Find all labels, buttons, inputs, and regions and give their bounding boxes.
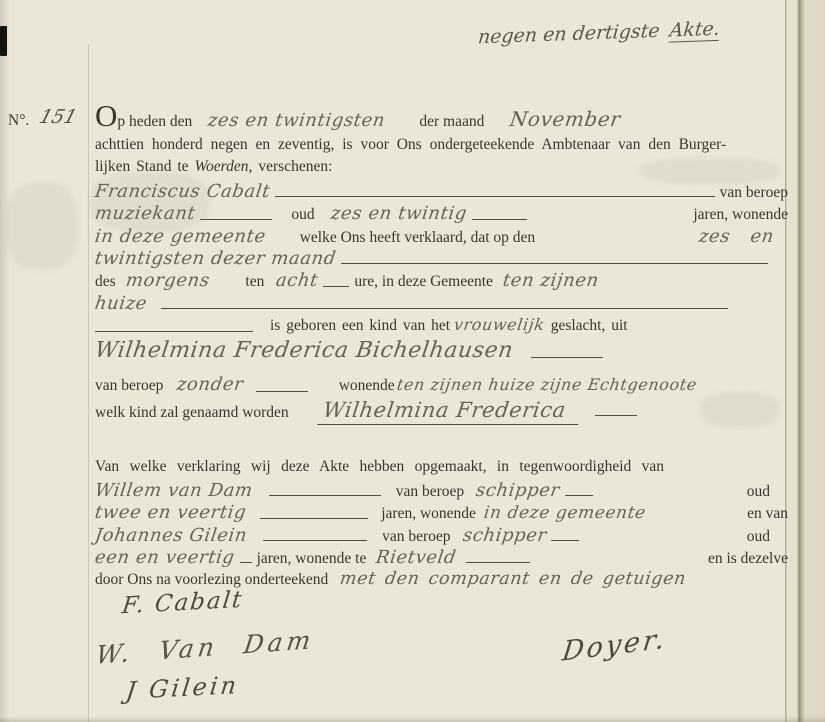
printed-text: oud — [291, 206, 314, 224]
page-bottom-shade — [0, 716, 825, 722]
blank-line-rule — [263, 538, 367, 541]
handwritten-entry: in deze gemeente — [94, 226, 268, 247]
printed-text: wonende — [339, 377, 395, 395]
printed-text: ten — [245, 273, 264, 291]
printed-text: jaren, wonende — [693, 206, 788, 224]
blank-line-rule — [275, 194, 714, 197]
bleed-through-smudge — [6, 182, 78, 270]
printed-text: ure, in deze Gemeente — [354, 273, 493, 291]
act-number: 151 — [37, 106, 80, 128]
handwritten-entry: zonder — [176, 374, 245, 395]
document-line: huize — [95, 293, 788, 315]
printed-text: verschenen: — [258, 158, 332, 176]
blank-line-rule — [95, 329, 253, 332]
blank-line-rule — [240, 560, 252, 563]
signature-registrar: Doyer. — [560, 623, 669, 668]
handwritten-entry: schipper — [461, 525, 548, 546]
printed-text: p heden den — [117, 113, 192, 131]
signature-comparant: F. Cabalt — [120, 587, 244, 620]
document-line: is geboren een kind van het vrouwelijk g… — [95, 315, 788, 337]
printed-text: lijken Stand te — [95, 158, 189, 176]
handwritten-entry: Wilhelmina Frederica Bichelhausen — [93, 338, 515, 363]
printed-text: van beroep — [720, 184, 788, 202]
signature-witness-2: J Gilein — [124, 671, 240, 705]
handwritten-entry: morgens — [124, 270, 211, 291]
blank-line-rule — [565, 493, 593, 496]
page-right-edge — [785, 0, 825, 722]
handwritten-entry: Franciscus Cabalt — [94, 181, 272, 202]
signature-witness-1: W. Van Dam — [94, 625, 316, 670]
printed-text: en van — [747, 505, 788, 523]
handwritten-entry: schipper — [475, 480, 562, 501]
printed-text: van beroep — [95, 377, 163, 395]
document-line: Op heden den zes en twintigsten der maan… — [95, 106, 788, 136]
printed-text: des — [95, 273, 116, 291]
act-number-label: N°. — [8, 112, 29, 130]
printed-text: der maand — [419, 113, 484, 131]
blank-line-rule — [200, 217, 272, 220]
printed-text: van beroep — [396, 483, 464, 501]
binding-edge-mark — [0, 26, 7, 56]
blank-line-rule — [269, 493, 381, 496]
blank-line-rule — [256, 389, 308, 392]
margin-rule-line — [88, 44, 89, 722]
document-line: welk kind zal genaamd worden Wilhelmina … — [95, 398, 788, 422]
handwritten-entry: Rietveld — [375, 547, 458, 568]
handwritten-entry: Johannes Gilein — [94, 525, 249, 546]
blank-line-rule — [260, 516, 368, 519]
document-line: een en veertig jaren, wonende te Rietvel… — [95, 547, 788, 569]
handwritten-entry: ten zijnen — [501, 270, 600, 291]
printed-text: geslacht, uit — [551, 317, 628, 335]
handwritten-entry: Willem van Dam — [94, 480, 255, 501]
blank-line-rule — [161, 306, 728, 309]
annotation-abbreviation: Akte. — [668, 18, 721, 43]
document-line: twintigsten dezer maand — [95, 248, 788, 270]
document-line: achttien honderd negen en zeventig, is v… — [95, 136, 788, 158]
printed-text: door Ons na voorlezing onderteekend — [95, 571, 328, 589]
blank-line-rule — [341, 261, 768, 264]
document-line: in deze gemeente welke Ons heeft verklaa… — [95, 226, 788, 248]
document-line: Van welke verklaring wij deze Akte hebbe… — [95, 458, 788, 480]
blank-line-rule — [531, 355, 603, 358]
document-line: Wilhelmina Frederica Bichelhausen — [95, 338, 788, 364]
printed-initial: O — [95, 106, 117, 126]
document-line: lijken Stand te Woerden, verschenen: — [95, 158, 788, 180]
annotation-text: negen en dertigste — [477, 20, 661, 48]
handwritten-entry: met den comparant en de getuigen — [339, 569, 688, 589]
printed-place-name: Woerden, — [195, 158, 253, 176]
printed-text: jaren, wonende te — [257, 550, 367, 568]
handwritten-entry: vrouwelijk — [453, 315, 546, 334]
blank-line-rule — [323, 284, 349, 287]
printed-text: is geboren een kind van het — [270, 317, 450, 335]
printed-text: oud — [747, 528, 770, 546]
printed-text: Van welke verklaring wij deze Akte hebbe… — [95, 458, 664, 476]
document-line: Franciscus Cabalt van beroep — [95, 181, 788, 203]
printed-text: jaren, wonende — [381, 505, 476, 523]
page-left-shade — [0, 0, 10, 722]
handwritten-entry: zes en — [698, 226, 776, 247]
handwritten-entry: zes en twintig — [329, 203, 468, 224]
document-line: van beroep zonder wonende ten zijnen hui… — [95, 374, 788, 398]
handwritten-entry: in deze gemeente — [483, 503, 648, 523]
document-line: des morgens ten acht ure, in deze Gemeen… — [95, 270, 788, 292]
document-body: Op heden den zes en twintigsten der maan… — [95, 106, 788, 592]
handwritten-entry: zes en twintigsten — [207, 110, 387, 131]
handwritten-entry: Wilhelmina Frederica — [317, 398, 581, 425]
blank-line-rule — [472, 217, 527, 220]
document-line: Willem van Dam van beroep schipper oud — [95, 480, 788, 502]
blank-line-rule — [466, 560, 530, 563]
printed-text: welke Ons heeft verklaard, dat op den — [300, 229, 535, 247]
printed-text: welk kind zal genaamd worden — [95, 404, 289, 422]
handwritten-entry: een en veertig — [94, 547, 237, 568]
printed-text: van beroep — [382, 528, 450, 546]
printed-text: oud — [747, 483, 770, 501]
document-line: Johannes Gilein van beroep schipper oud — [95, 525, 788, 547]
handwritten-entry: twee en veertig — [94, 502, 248, 523]
printed-text: achttien honderd negen en zeventig, is v… — [95, 136, 726, 154]
handwritten-entry: twintigsten dezer maand — [94, 248, 338, 269]
handwritten-entry: November — [509, 107, 623, 131]
page-annotation: negen en dertigsteAkte. — [477, 18, 721, 49]
document-line: muziekant oud zes en twintig jaren, wone… — [95, 203, 788, 225]
blank-line-rule — [595, 413, 637, 416]
printed-text: en is dezelve — [708, 550, 788, 568]
handwritten-entry: acht — [275, 270, 320, 291]
handwritten-entry: ten zijnen huize zijne Echtgenoote — [395, 375, 698, 394]
handwritten-entry: huize — [94, 293, 149, 314]
handwritten-entry: muziekant — [94, 203, 197, 224]
blank-line-rule — [551, 538, 579, 541]
document-line: twee en veertig jaren, wonende in deze g… — [95, 502, 788, 524]
